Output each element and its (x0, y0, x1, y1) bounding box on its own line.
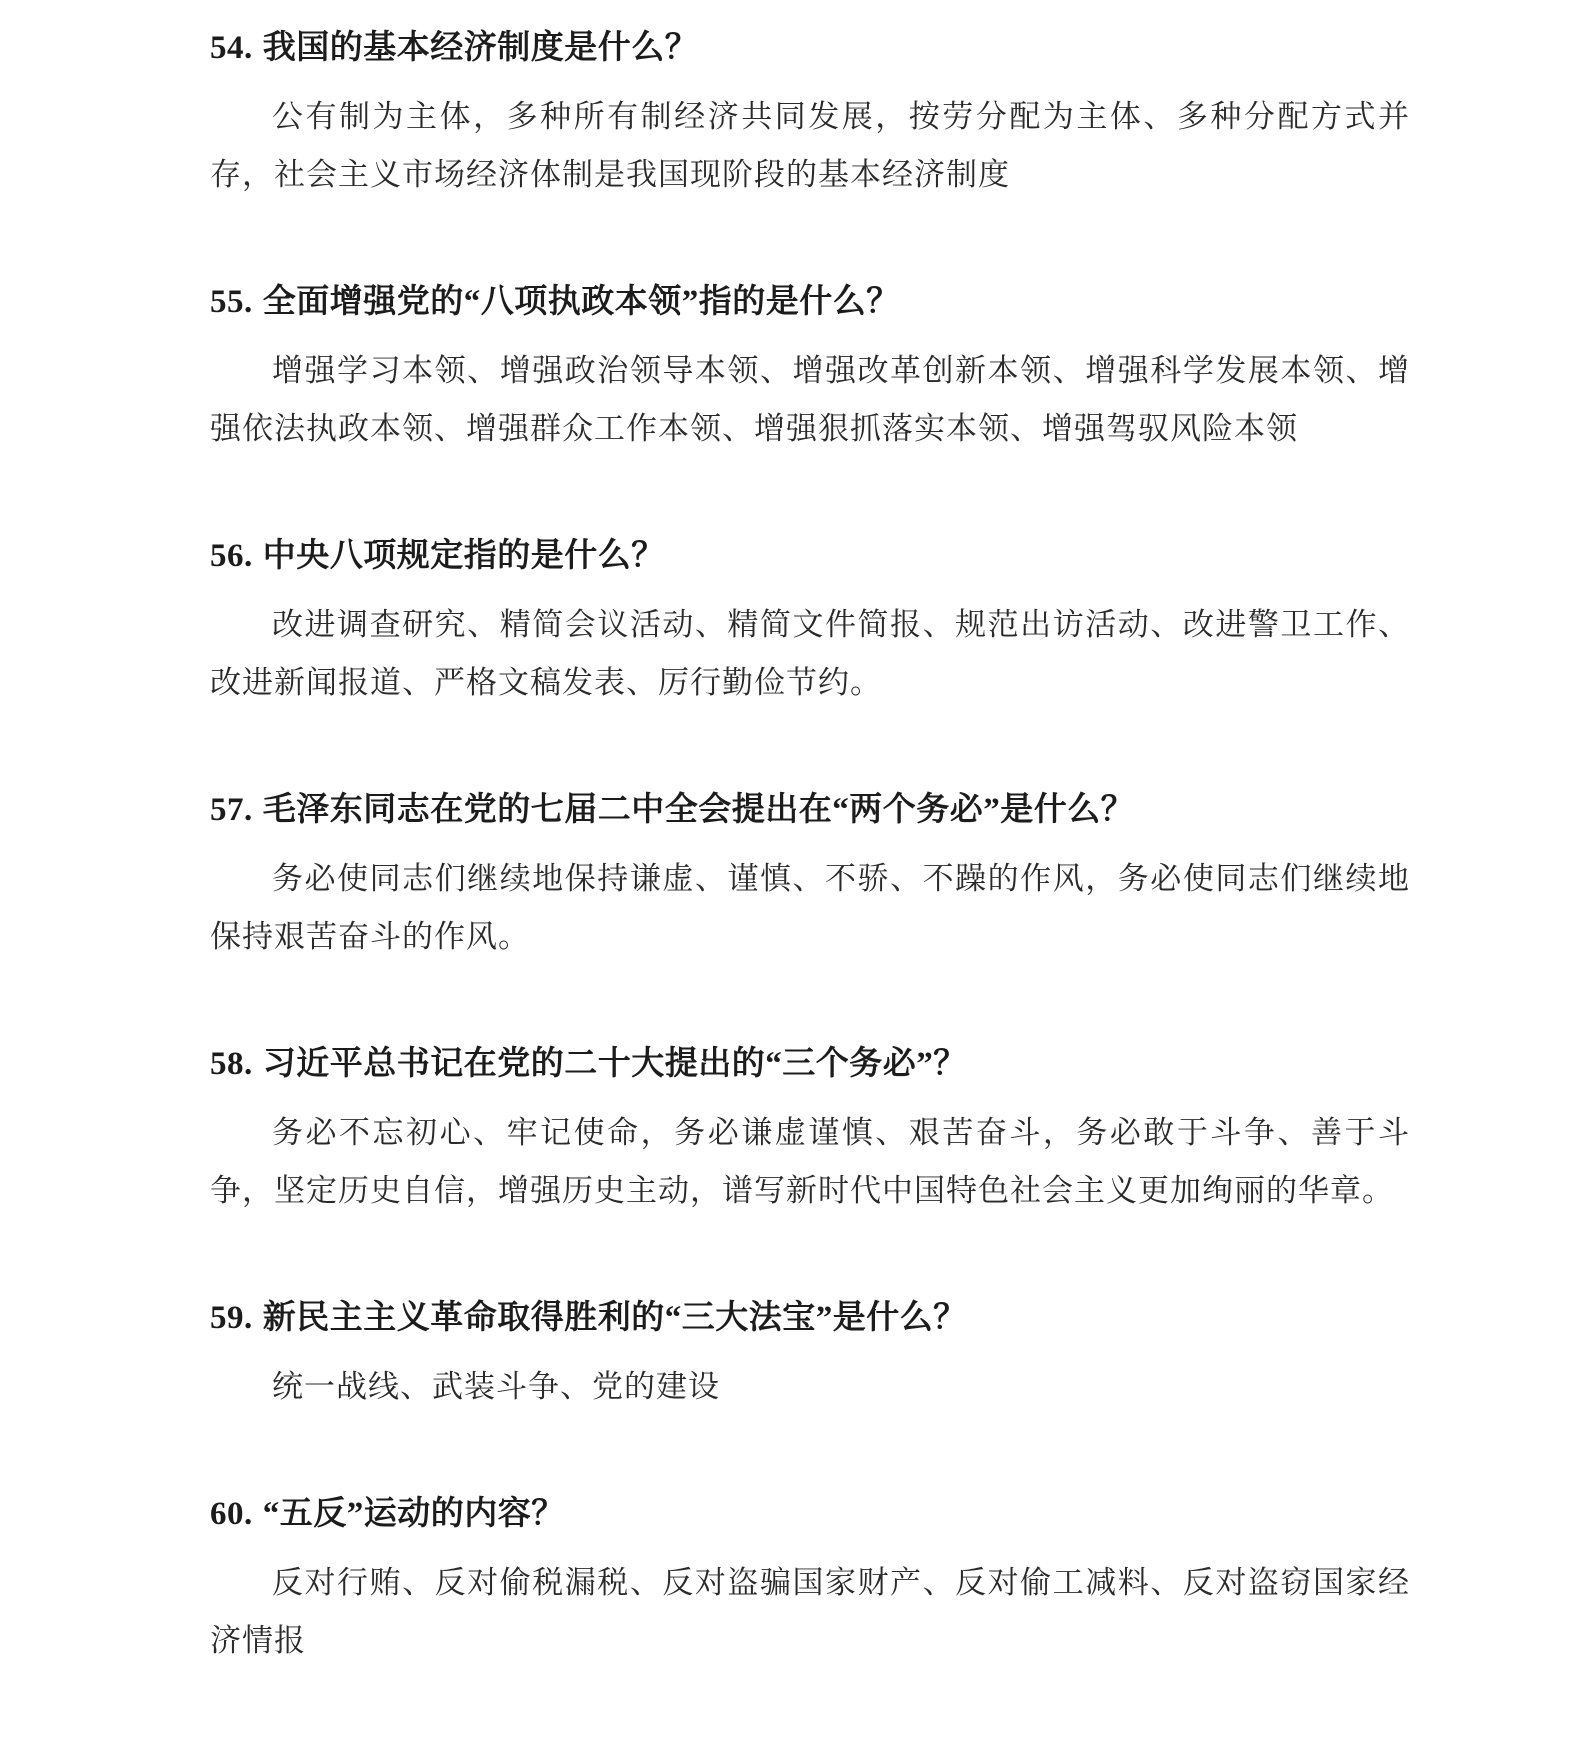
question-text: 全面增强党的“八项执政本领”指的是什么？ (263, 284, 900, 320)
qa-item-59: 59.新民主主义革命取得胜利的“三大法宝”是什么？ 统一战线、武装斗争、党的建设 (210, 1292, 1410, 1416)
question-heading: 57.毛泽东同志在党的七届二中全会提出在“两个务必”是什么？ (210, 784, 1410, 836)
question-number: 57. (210, 792, 253, 828)
question-heading: 55.全面增强党的“八项执政本领”指的是什么？ (210, 276, 1410, 328)
answer-paragraph: 务必不忘初心、牢记使命，务必谦虚谨慎、艰苦奋斗，务必敢于斗争、善于斗争，坚定历史… (210, 1104, 1410, 1220)
question-text: 中央八项规定指的是什么？ (263, 538, 665, 574)
answer-paragraph: 务必使同志们继续地保持谦虚、谨慎、不骄、不躁的作风，务必使同志们继续地保持艰苦奋… (210, 850, 1410, 966)
question-text: 我国的基本经济制度是什么？ (263, 30, 699, 66)
qa-item-55: 55.全面增强党的“八项执政本领”指的是什么？ 增强学习本领、增强政治领导本领、… (210, 276, 1410, 458)
answer-paragraph: 公有制为主体，多种所有制经济共同发展，按劳分配为主体、多种分配方式并存，社会主义… (210, 88, 1410, 204)
question-heading: 56.中央八项规定指的是什么？ (210, 530, 1410, 582)
question-number: 59. (210, 1300, 253, 1336)
qa-item-54: 54.我国的基本经济制度是什么？ 公有制为主体，多种所有制经济共同发展，按劳分配… (210, 22, 1410, 204)
answer-paragraph: 改进调查研究、精简会议活动、精简文件简报、规范出访活动、改进警卫工作、改进新闻报… (210, 596, 1410, 712)
qa-item-60: 60.“五反”运动的内容？ 反对行贿、反对偷税漏税、反对盗骗国家财产、反对偷工减… (210, 1488, 1410, 1670)
answer-paragraph: 反对行贿、反对偷税漏税、反对盗骗国家财产、反对偷工减料、反对盗窃国家经济情报 (210, 1554, 1410, 1670)
question-text: 新民主主义革命取得胜利的“三大法宝”是什么？ (263, 1300, 967, 1336)
question-number: 55. (210, 284, 253, 320)
question-number: 54. (210, 30, 253, 66)
question-heading: 60.“五反”运动的内容？ (210, 1488, 1410, 1540)
question-text: 习近平总书记在党的二十大提出的“三个务必”？ (263, 1046, 967, 1082)
question-number: 60. (210, 1496, 253, 1532)
question-text: 毛泽东同志在党的七届二中全会提出在“两个务必”是什么？ (263, 792, 1135, 828)
question-heading: 54.我国的基本经济制度是什么？ (210, 22, 1410, 74)
answer-paragraph: 统一战线、武装斗争、党的建设 (210, 1358, 1410, 1416)
answer-paragraph: 增强学习本领、增强政治领导本领、增强改革创新本领、增强科学发展本领、增强依法执政… (210, 342, 1410, 458)
question-text: “五反”运动的内容？ (263, 1496, 565, 1532)
question-heading: 58.习近平总书记在党的二十大提出的“三个务必”？ (210, 1038, 1410, 1090)
document-page: 54.我国的基本经济制度是什么？ 公有制为主体，多种所有制经济共同发展，按劳分配… (0, 0, 1587, 1764)
qa-item-56: 56.中央八项规定指的是什么？ 改进调查研究、精简会议活动、精简文件简报、规范出… (210, 530, 1410, 712)
question-heading: 59.新民主主义革命取得胜利的“三大法宝”是什么？ (210, 1292, 1410, 1344)
question-number: 58. (210, 1046, 253, 1082)
question-number: 56. (210, 538, 253, 574)
qa-item-58: 58.习近平总书记在党的二十大提出的“三个务必”？ 务必不忘初心、牢记使命，务必… (210, 1038, 1410, 1220)
qa-item-57: 57.毛泽东同志在党的七届二中全会提出在“两个务必”是什么？ 务必使同志们继续地… (210, 784, 1410, 966)
